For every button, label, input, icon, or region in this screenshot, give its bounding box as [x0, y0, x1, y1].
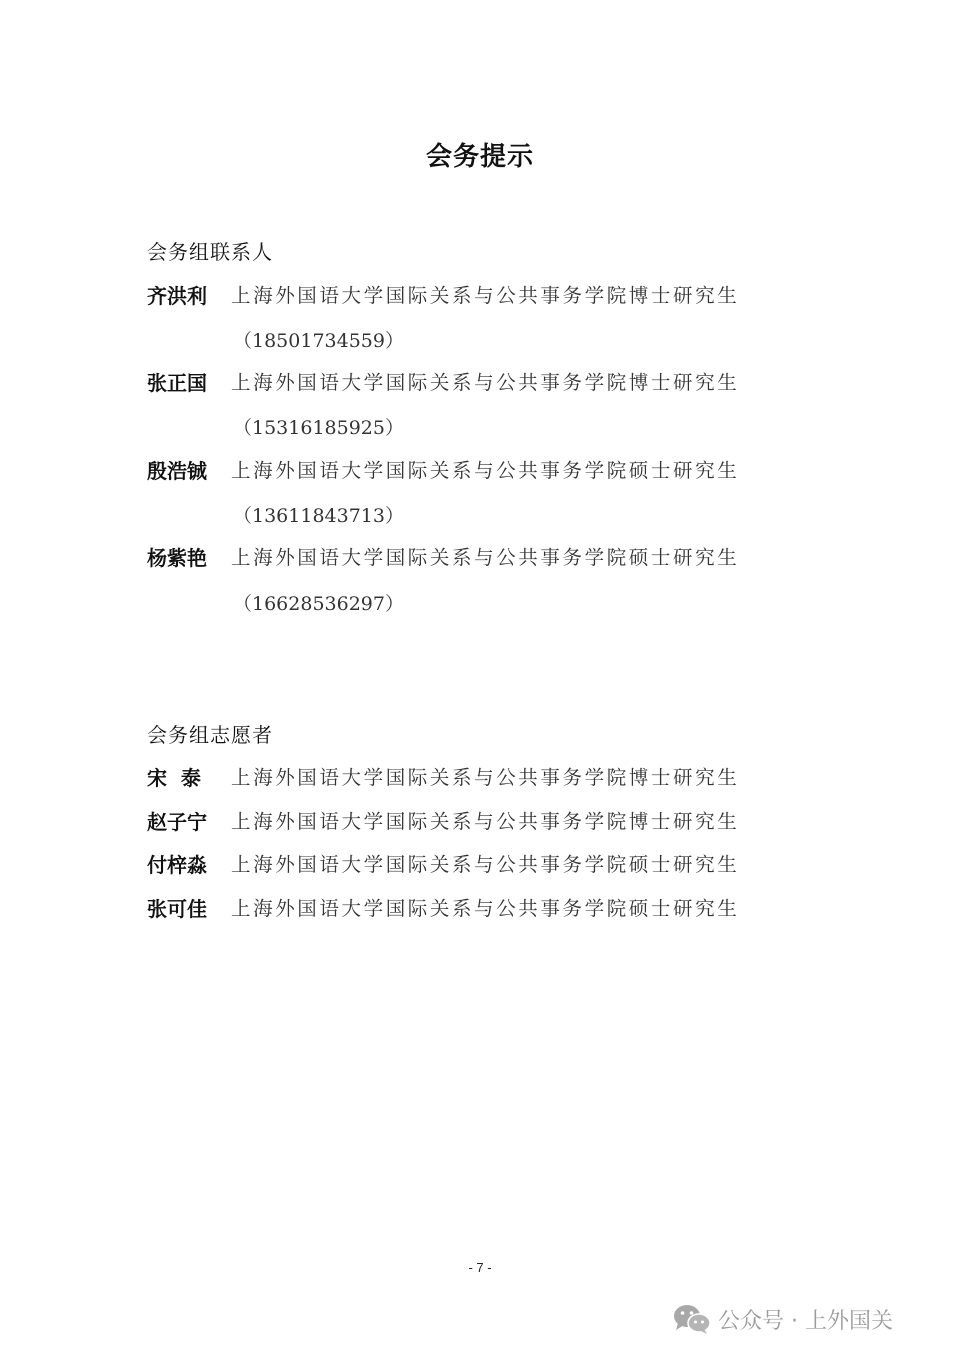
page-title: 会务提示 — [0, 136, 960, 173]
volunteer-row: 赵子宁 上海外国语大学国际关系与公共事务学院博士研究生 — [147, 805, 739, 835]
page-number: - 7 - — [0, 1260, 960, 1275]
contact-row: 杨紫艳 上海外国语大学国际关系与公共事务学院硕士研究生 — [147, 541, 739, 571]
contact-affiliation: 上海外国语大学国际关系与公共事务学院硕士研究生 — [231, 455, 739, 483]
contact-phone: （13611843713） — [233, 501, 404, 528]
volunteer-row: 张可佳 上海外国语大学国际关系与公共事务学院硕士研究生 — [147, 892, 739, 922]
contact-phone: （15316185925） — [233, 413, 404, 440]
contact-name: 张正国 — [147, 367, 231, 396]
volunteer-affiliation: 上海外国语大学国际关系与公共事务学院硕士研究生 — [231, 849, 739, 877]
contact-affiliation: 上海外国语大学国际关系与公共事务学院博士研究生 — [231, 367, 739, 395]
contact-name: 杨紫艳 — [147, 542, 231, 571]
watermark: 公众号 · 上外国关 — [672, 1303, 893, 1335]
contact-row: 齐洪利 上海外国语大学国际关系与公共事务学院博士研究生 — [147, 279, 739, 309]
contact-row: 殷浩铖 上海外国语大学国际关系与公共事务学院硕士研究生 — [147, 454, 739, 484]
volunteer-affiliation: 上海外国语大学国际关系与公共事务学院硕士研究生 — [231, 893, 739, 921]
volunteer-affiliation: 上海外国语大学国际关系与公共事务学院博士研究生 — [231, 806, 739, 834]
volunteer-affiliation: 上海外国语大学国际关系与公共事务学院博士研究生 — [231, 762, 739, 790]
contact-affiliation: 上海外国语大学国际关系与公共事务学院博士研究生 — [231, 280, 739, 308]
volunteer-row: 宋 泰 上海外国语大学国际关系与公共事务学院博士研究生 — [147, 761, 739, 791]
contact-affiliation: 上海外国语大学国际关系与公共事务学院硕士研究生 — [231, 542, 739, 570]
volunteers-heading: 会务组志愿者 — [147, 719, 273, 748]
contacts-heading: 会务组联系人 — [147, 236, 273, 265]
contact-name: 殷浩铖 — [147, 455, 231, 484]
watermark-text: 公众号 · 上外国关 — [718, 1304, 893, 1335]
contact-phone: （18501734559） — [233, 326, 404, 353]
volunteer-name: 赵子宁 — [147, 806, 231, 835]
wechat-icon — [672, 1303, 712, 1335]
volunteer-name: 宋 泰 — [147, 762, 231, 791]
volunteer-row: 付梓淼 上海外国语大学国际关系与公共事务学院硕士研究生 — [147, 848, 739, 878]
contact-row: 张正国 上海外国语大学国际关系与公共事务学院博士研究生 — [147, 366, 739, 396]
volunteer-name: 张可佳 — [147, 893, 231, 922]
contact-name: 齐洪利 — [147, 280, 231, 309]
contact-phone: （16628536297） — [233, 589, 404, 616]
volunteer-name: 付梓淼 — [147, 849, 231, 878]
